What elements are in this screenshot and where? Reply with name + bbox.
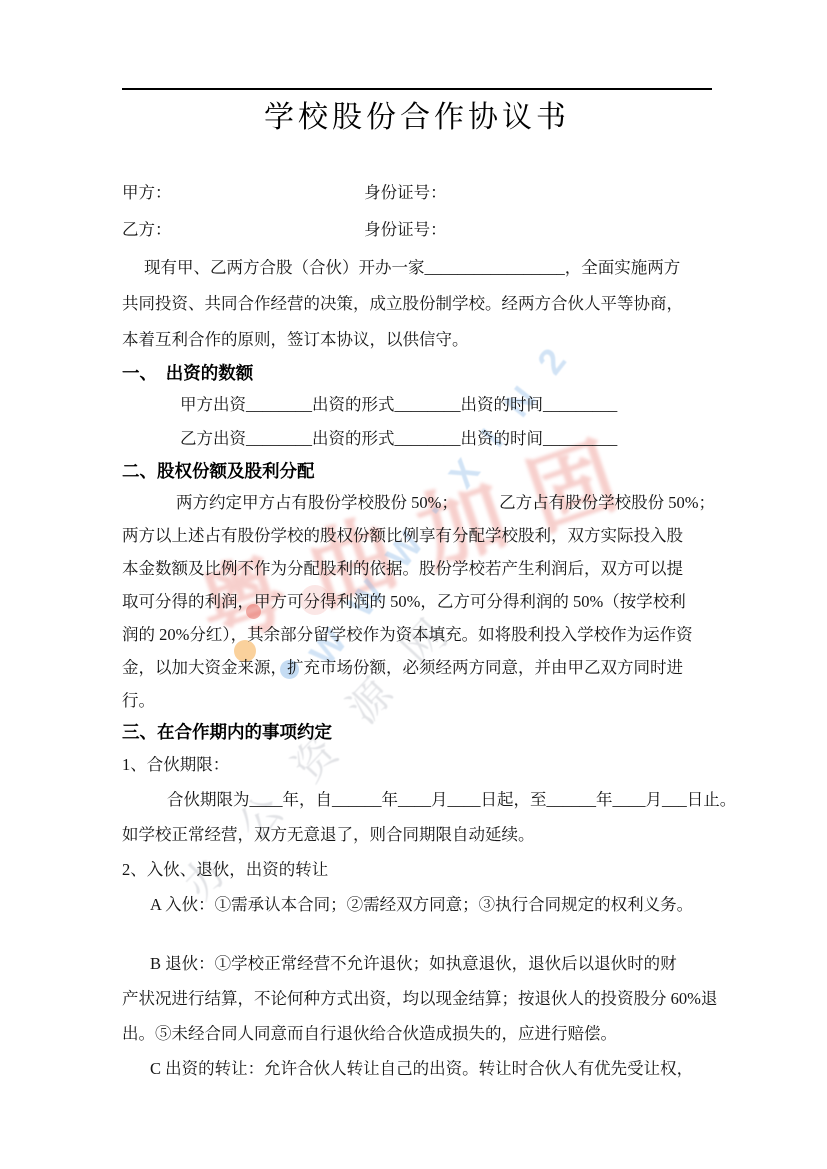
text-line: 金，以加大资金来源，扩充市场份额，必须经两方同意，并由甲乙双方同时进 xyxy=(122,651,712,684)
text-line: 本金数额及比例不作为分配股利的依据。股份学校若产生利润后，双方可以提 xyxy=(122,552,712,585)
text-line: 产状况进行结算，不论何种方式出资，均以现金结算；按退伙人的投资股分 60%退 xyxy=(122,981,712,1016)
item2a-paragraph: A 入伙：①需承认本合同；②需经双方同意；③执行合同规定的权利义务。 xyxy=(122,887,712,922)
document-content: 学校股份合作协议书 甲方： 身份证号： 乙方： 身份证号： 现有甲、乙两方合股（… xyxy=(0,88,827,1086)
party-a-row: 甲方： 身份证号： xyxy=(122,174,712,211)
item2b-paragraph: B 退伙：①学校正常经营不允许退伙；如执意退伙，退伙后以退伙时的财产状况进行结算… xyxy=(122,946,712,1051)
item1-paragraph: 合伙期限为____年，自______年____月____日起，至______年_… xyxy=(122,782,712,852)
text-line: 取可分得的利润，甲方可分得利润的 50%，乙方可分得利润的 50%（按学校利 xyxy=(122,585,712,618)
intro-paragraph: 现有甲、乙两方合股（合伙）开办一家_________________，全面实施两… xyxy=(122,250,712,358)
text-line: A 入伙：①需承认本合同；②需经双方同意；③执行合同规定的权利义务。 xyxy=(122,887,712,922)
item2c-paragraph: C 出资的转让：允许合伙人转让自己的出资。转让时合伙人有优先受让权， xyxy=(122,1051,712,1086)
fill-in-line: 如学校正常经营，双方无意退了，则合同期限自动延续。 xyxy=(122,817,712,852)
item1-label: 1、合伙期限： xyxy=(122,747,712,782)
parties-block: 甲方： 身份证号： 乙方： 身份证号： xyxy=(122,174,712,248)
party-a-label: 甲方： xyxy=(122,174,360,211)
text-line: 现有甲、乙两方合股（合伙）开办一家_________________，全面实施两… xyxy=(122,250,712,286)
fill-in-line: 乙方出资________出资的形式________出资的时间_________ xyxy=(180,422,712,456)
fill-in-line: 合伙期限为____年，自______年____月____日起，至______年_… xyxy=(122,782,712,817)
party-a-id-label: 身份证号： xyxy=(364,183,447,202)
section1-lines: 甲方出资________出资的形式________出资的时间_________乙… xyxy=(122,388,712,456)
text-line: 出。⑤未经合同人同意而自行退伙给合伙造成损失的，应进行赔偿。 xyxy=(122,1016,712,1051)
text-line: 行。 xyxy=(122,684,712,717)
party-b-row: 乙方： 身份证号： xyxy=(122,211,712,248)
item2-label: 2、入伙、退伙，出资的转让 xyxy=(122,852,712,887)
text-line: 共同投资、共同合作经营的决策，成立股份制学校。经两方合伙人平等协商， xyxy=(122,286,712,322)
section2-heading: 二、股权份额及股利分配 xyxy=(122,456,712,486)
document-title: 学校股份合作协议书 xyxy=(122,96,712,140)
text-line: 润的 20%分红），其余部分留学校作为资本填充。如将股利投入学校作为运作资 xyxy=(122,618,712,651)
text-line: 两方约定甲方占有股份学校股份 50%； 乙方占有股份学校股份 50%； xyxy=(122,486,712,519)
document-page: 粤曲加固 W W W · X I N 2 办公资源网 学校股份合作协议书 甲方：… xyxy=(0,0,827,1169)
text-line: C 出资的转让：允许合伙人转让自己的出资。转让时合伙人有优先受让权， xyxy=(122,1051,712,1086)
party-b-label: 乙方： xyxy=(122,211,360,248)
text-line: B 退伙：①学校正常经营不允许退伙；如执意退伙，退伙后以退伙时的财 xyxy=(122,946,712,981)
text-line: 本着互利合作的原则，签订本协议，以供信守。 xyxy=(122,322,712,358)
blank-line xyxy=(122,922,712,946)
text-line: 两方以上述占有股份学校的股权份额比例享有分配学校股利，双方实际投入股 xyxy=(122,519,712,552)
section1-heading: 一、 出资的数额 xyxy=(122,358,712,388)
section2-paragraph: 两方约定甲方占有股份学校股份 50%； 乙方占有股份学校股份 50%；两方以上述… xyxy=(122,486,712,717)
header-rule xyxy=(122,88,712,90)
section3-heading: 三、在合作期内的事项约定 xyxy=(122,717,712,747)
party-b-id-label: 身份证号： xyxy=(364,220,447,239)
fill-in-line: 甲方出资________出资的形式________出资的时间_________ xyxy=(180,388,712,422)
